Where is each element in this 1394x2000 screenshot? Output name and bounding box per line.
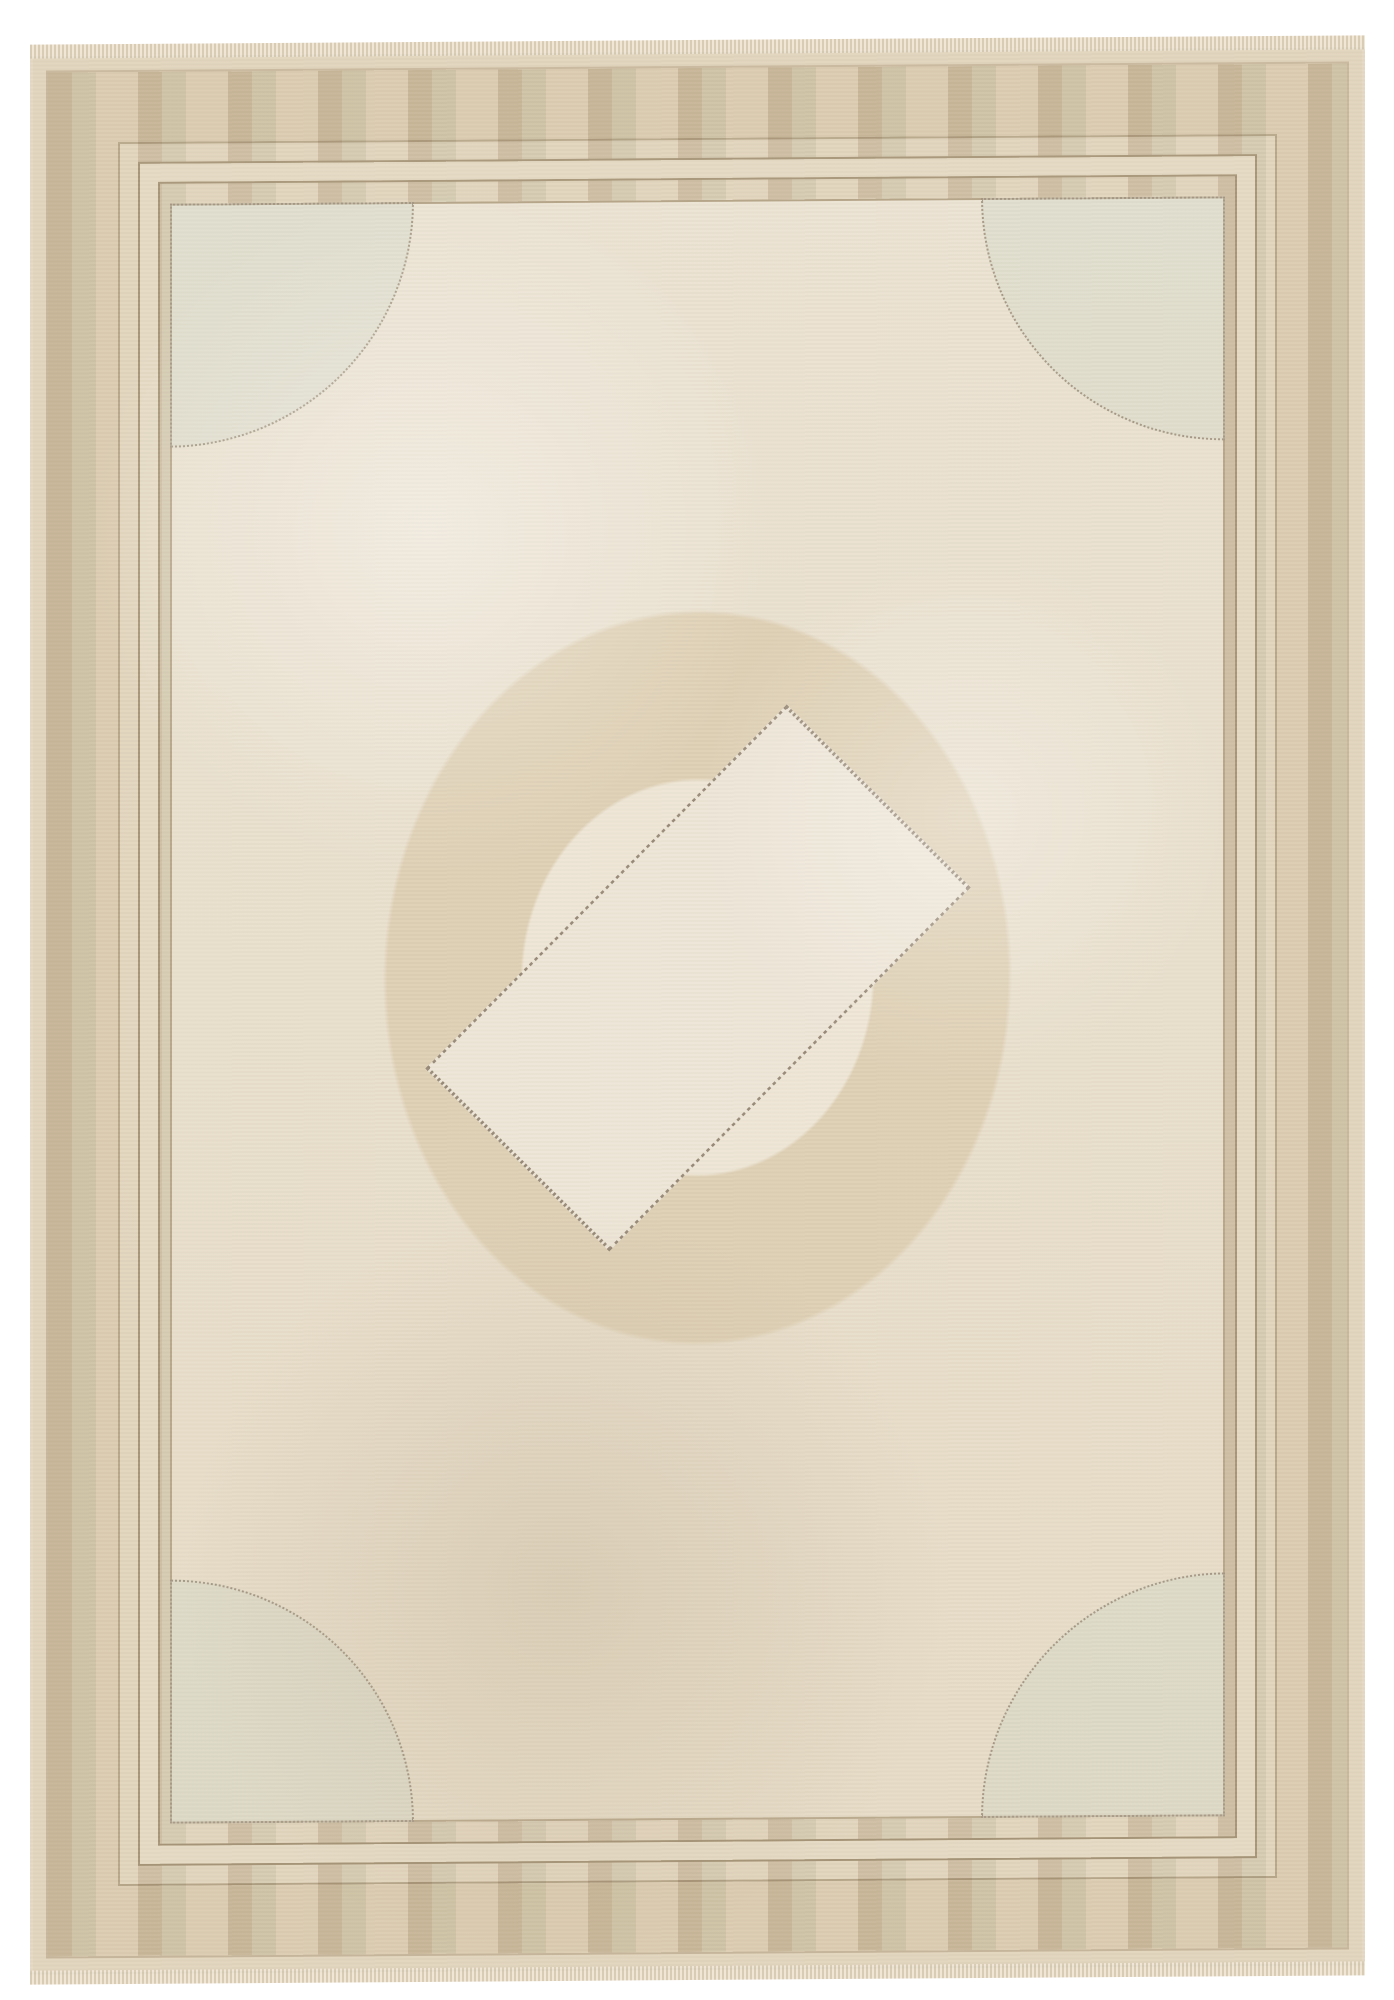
top-fringe	[30, 35, 1365, 58]
rug-field	[170, 196, 1225, 1823]
corner-spandrel	[170, 1578, 414, 1824]
corner-spandrel	[981, 196, 1225, 442]
corner-spandrel	[170, 202, 414, 448]
rug	[30, 45, 1365, 1974]
central-medallion	[425, 704, 970, 1251]
bottom-fringe	[30, 1961, 1365, 1984]
corner-spandrel	[981, 1572, 1225, 1818]
